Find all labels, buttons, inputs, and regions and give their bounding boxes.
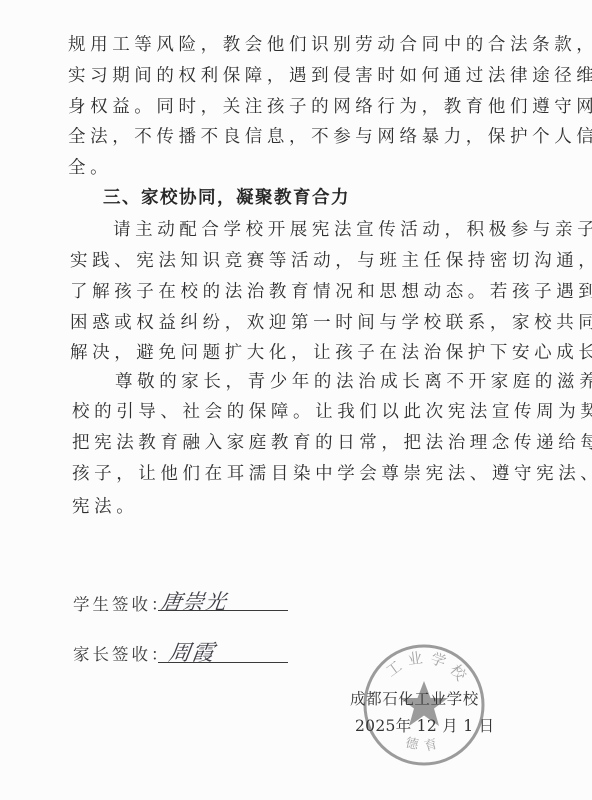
section-heading: 三、家校协同，凝聚教育合力 [103, 187, 350, 209]
student-signature: 唐崇光 [159, 586, 229, 616]
paragraph-line: 了解孩子在校的法治教育情况和思想动态。若孩子遇到法律 [70, 281, 530, 303]
paragraph-line: 全法，不传播不良信息，不参与网络暴力，保护个人信息安 [68, 126, 528, 148]
document-page: 规用工等风险，教会他们识别劳动合同中的合法条款，明确 实习期间的权利保障，遇到侵… [0, 0, 592, 800]
paragraph-line: 请主动配合学校开展宪法宣传活动，积极参与亲子法治 [113, 219, 573, 241]
paragraph-line: 校的引导、社会的保障。让我们以此次宪法宣传周为契机， [72, 401, 532, 423]
paragraph-line: 把宪法教育融入家庭教育的日常，把法治理念传递给每一位 [72, 432, 532, 454]
student-signature-label: 学生签收： [73, 594, 171, 616]
issuer-name: 成都石化工业学校 [350, 689, 479, 709]
parent-signature-label: 家长签收： [73, 644, 171, 666]
paragraph-line: 孩子，让他们在耳濡目染中学会尊崇宪法、遵守宪法、维护 [72, 463, 532, 485]
paragraph-line: 全。 [68, 157, 528, 179]
paragraph-line: 宪法。 [72, 496, 532, 518]
paragraph-line: 困惑或权益纠纷，欢迎第一时间与学校联系，家校共同协商 [70, 312, 530, 334]
parent-signature-underline [158, 662, 288, 663]
svg-text:德育: 德育 [404, 734, 447, 755]
paragraph-line: 规用工等风险，教会他们识别劳动合同中的合法条款，明确 [68, 34, 528, 56]
issue-date: 2025年 12 月 1 日 [355, 716, 494, 736]
student-signature-underline [158, 610, 288, 611]
paragraph-line: 实践、宪法知识竞赛等活动，与班主任保持密切沟通，及时 [70, 250, 530, 272]
paragraph-line: 解决，避免问题扩大化，让孩子在法治保护下安心成长。 [70, 342, 530, 364]
paragraph-line: 实习期间的权利保障，遇到侵害时如何通过法律途径维护目 [68, 65, 528, 87]
paragraph-line: 身权益。同时，关注孩子的网络行为，教育他们遵守网络安 [68, 96, 528, 118]
paragraph-line: 尊敬的家长，青少年的法治成长离不开家庭的滋养、学 [115, 371, 575, 393]
